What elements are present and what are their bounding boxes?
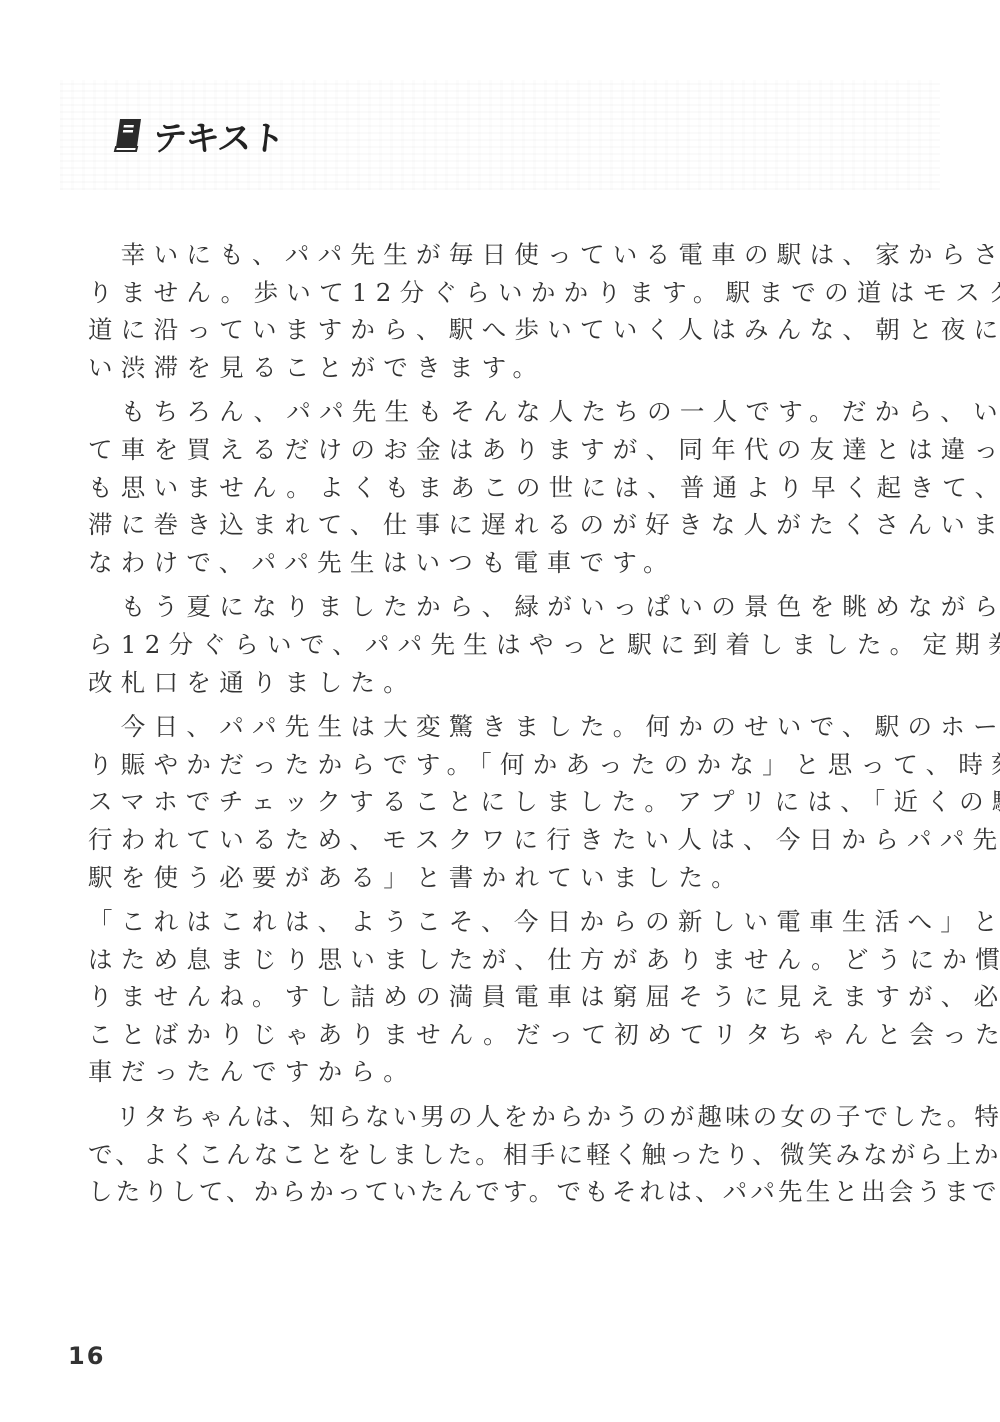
text-line: リタちゃんは、知らない男の人をからかうのが趣味の女の子でした。特に満員電車 <box>88 1098 918 1136</box>
text-line: 「これはこれは、ようこそ、今日からの新しい電車生活へ」と、パパ先生 <box>88 903 918 941</box>
text-line: 幸いにも、パパ先生が毎日使っている電車の駅は、家からさほど遠くあ <box>88 236 918 274</box>
text-line: い渋滞を見ることができます。 <box>88 349 918 387</box>
text-line: で、よくこんなことをしました。相手に軽く触ったり、微笑みながら上から下まで見まわ <box>88 1136 918 1174</box>
section-heading: テキスト <box>113 114 284 156</box>
text-line: スマホでチェックすることにしました。アプリには、「近くの駅で改装工事が <box>88 783 918 821</box>
paragraph: 「これはこれは、ようこそ、今日からの新しい電車生活へ」と、パパ先生 はため息まじ… <box>88 903 918 1091</box>
text-line: 今日、パパ先生は大変驚きました。何かのせいで、駅のホームが普段よ <box>88 708 918 746</box>
text-line: ら12分ぐらいで、パパ先生はやっと駅に到着しました。定期券を使って、 <box>88 626 918 664</box>
text-line: て車を買えるだけのお金はありますが、同年代の友達とは違って、ほしいと <box>88 431 918 469</box>
book-icon <box>113 117 143 153</box>
text-line: りませんね。すし詰めの満員電車は窮屈そうに見えますが、必ずしも悪い <box>88 978 918 1016</box>
page-number: 16 <box>68 1342 105 1370</box>
text-line: 行われているため、モスクワに行きたい人は、今日からパパ先生の最寄り <box>88 821 918 859</box>
text-line: りません。歩いて12分ぐらいかかります。駅までの道はモスクワ行きの国 <box>88 274 918 312</box>
text-line: 駅を使う必要がある」と書かれていました。 <box>88 859 918 897</box>
paragraph: もちろん、パパ先生もそんな人たちの一人です。だから、いい年になっ て車を買えるだ… <box>88 393 918 581</box>
text-line: り賑やかだったからです。「何かあったのかな」と思って、時刻表アプリを <box>88 746 918 784</box>
text-line: 道に沿っていますから、駅へ歩いていく人はみんな、朝と夜に終わりのな <box>88 311 918 349</box>
text-line: もちろん、パパ先生もそんな人たちの一人です。だから、いい年になっ <box>88 393 918 431</box>
paragraph: もう夏になりましたから、緑がいっぱいの景色を眺めながら、家を出てか ら12分ぐら… <box>88 588 918 701</box>
paragraph: 幸いにも、パパ先生が毎日使っている電車の駅は、家からさほど遠くあ りません。歩い… <box>88 236 918 386</box>
text-line: なわけで、パパ先生はいつも電車です。 <box>88 544 918 582</box>
text-line: 車だったんですから。 <box>88 1053 918 1091</box>
text-line: も思いません。よくもまあこの世には、普通より早く起きて、車に乗って渋 <box>88 469 918 507</box>
paragraph: 今日、パパ先生は大変驚きました。何かのせいで、駅のホームが普段よ り賑やかだった… <box>88 708 918 896</box>
text-line: ことばかりじゃありません。だって初めてリタちゃんと会ったのは、満員電 <box>88 1016 918 1054</box>
text-line: 改札口を通りました。 <box>88 664 918 702</box>
text-line: したりして、からかっていたんです。でもそれは、パパ先生と出会うまでの話です。 <box>88 1173 918 1211</box>
text-line: はため息まじり思いましたが、仕方がありません。どうにか慣れなければな <box>88 941 918 979</box>
text-line: もう夏になりましたから、緑がいっぱいの景色を眺めながら、家を出てか <box>88 588 918 626</box>
paragraph: リタちゃんは、知らない男の人をからかうのが趣味の女の子でした。特に満員電車 で、… <box>88 1098 918 1211</box>
text-line: 滞に巻き込まれて、仕事に遅れるのが好きな人がたくさんいますね。そん <box>88 506 918 544</box>
section-title: テキスト <box>150 111 286 160</box>
body-text: 幸いにも、パパ先生が毎日使っている電車の駅は、家からさほど遠くあ りません。歩い… <box>88 236 918 1211</box>
